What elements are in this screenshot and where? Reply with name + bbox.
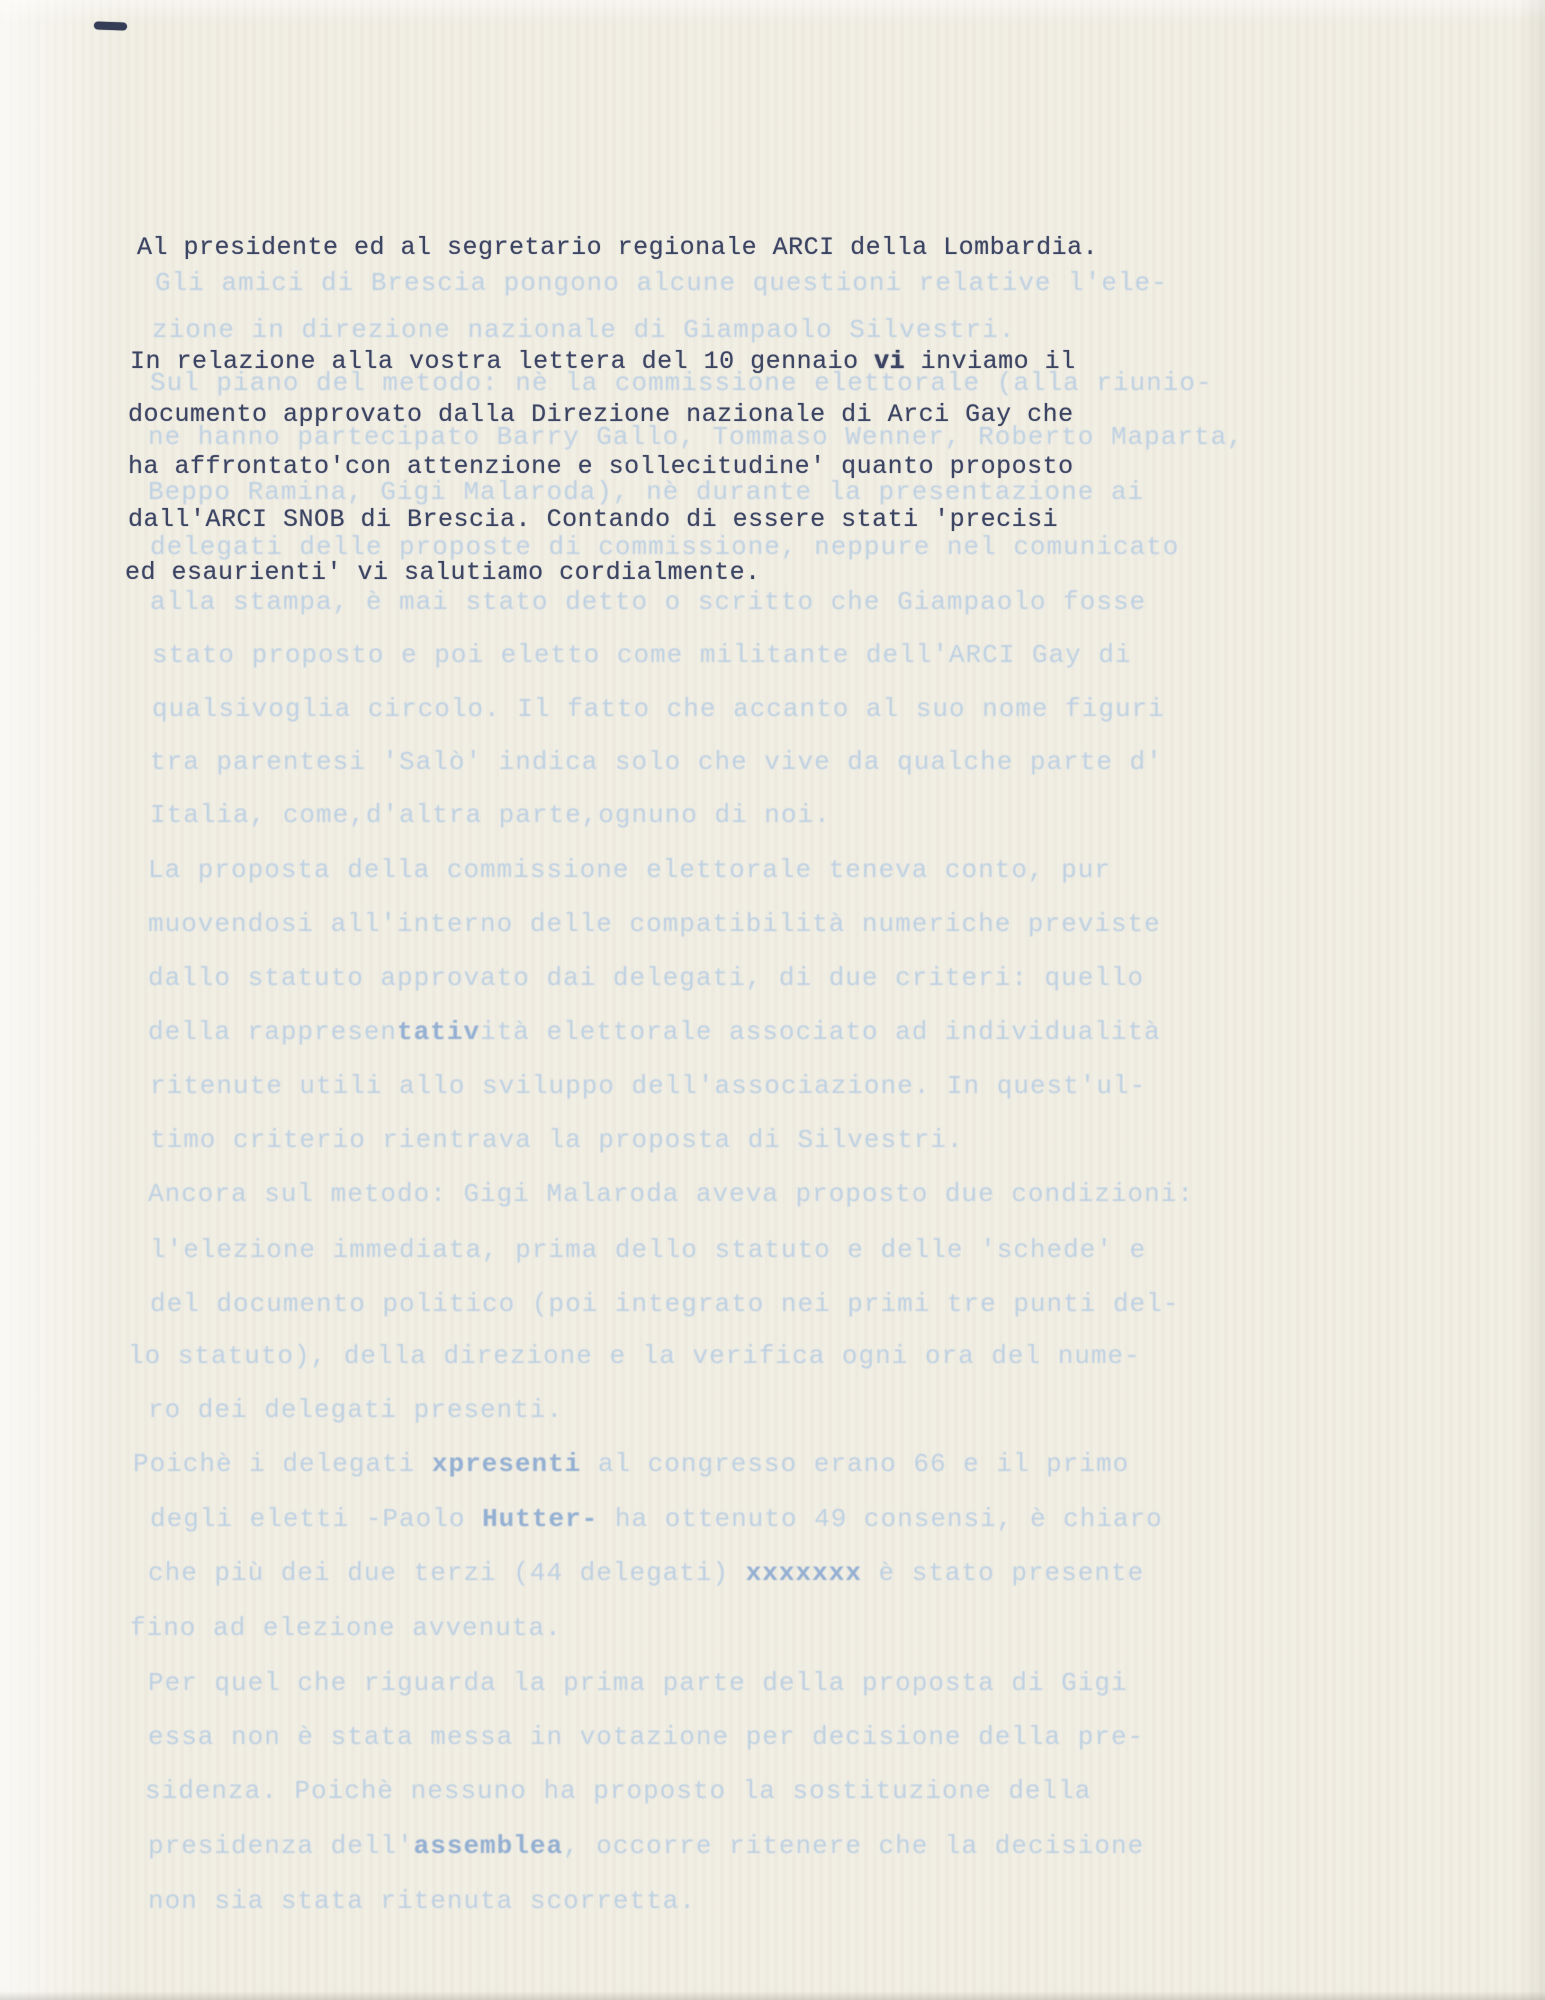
letter-text-line: ha affrontato'con attenzione e sollecitu… [128, 452, 1074, 481]
letter-text-line: In relazione alla vostra lettera del 10 … [130, 347, 1076, 376]
letter-text-line: dall'ARCI SNOB di Brescia. Contando di e… [128, 505, 1058, 534]
letter-text-line: ed esaurienti' vi salutiamo cordialmente… [125, 558, 761, 587]
document-page: Gli amici di Brescia pongono alcune ques… [0, 0, 1545, 2000]
letter-text-layer: Al presidente ed al segretario regionale… [0, 0, 1545, 2000]
letter-text-line: documento approvato dalla Direzione nazi… [128, 400, 1074, 429]
letter-text-line: Al presidente ed al segretario regionale… [137, 233, 1098, 262]
